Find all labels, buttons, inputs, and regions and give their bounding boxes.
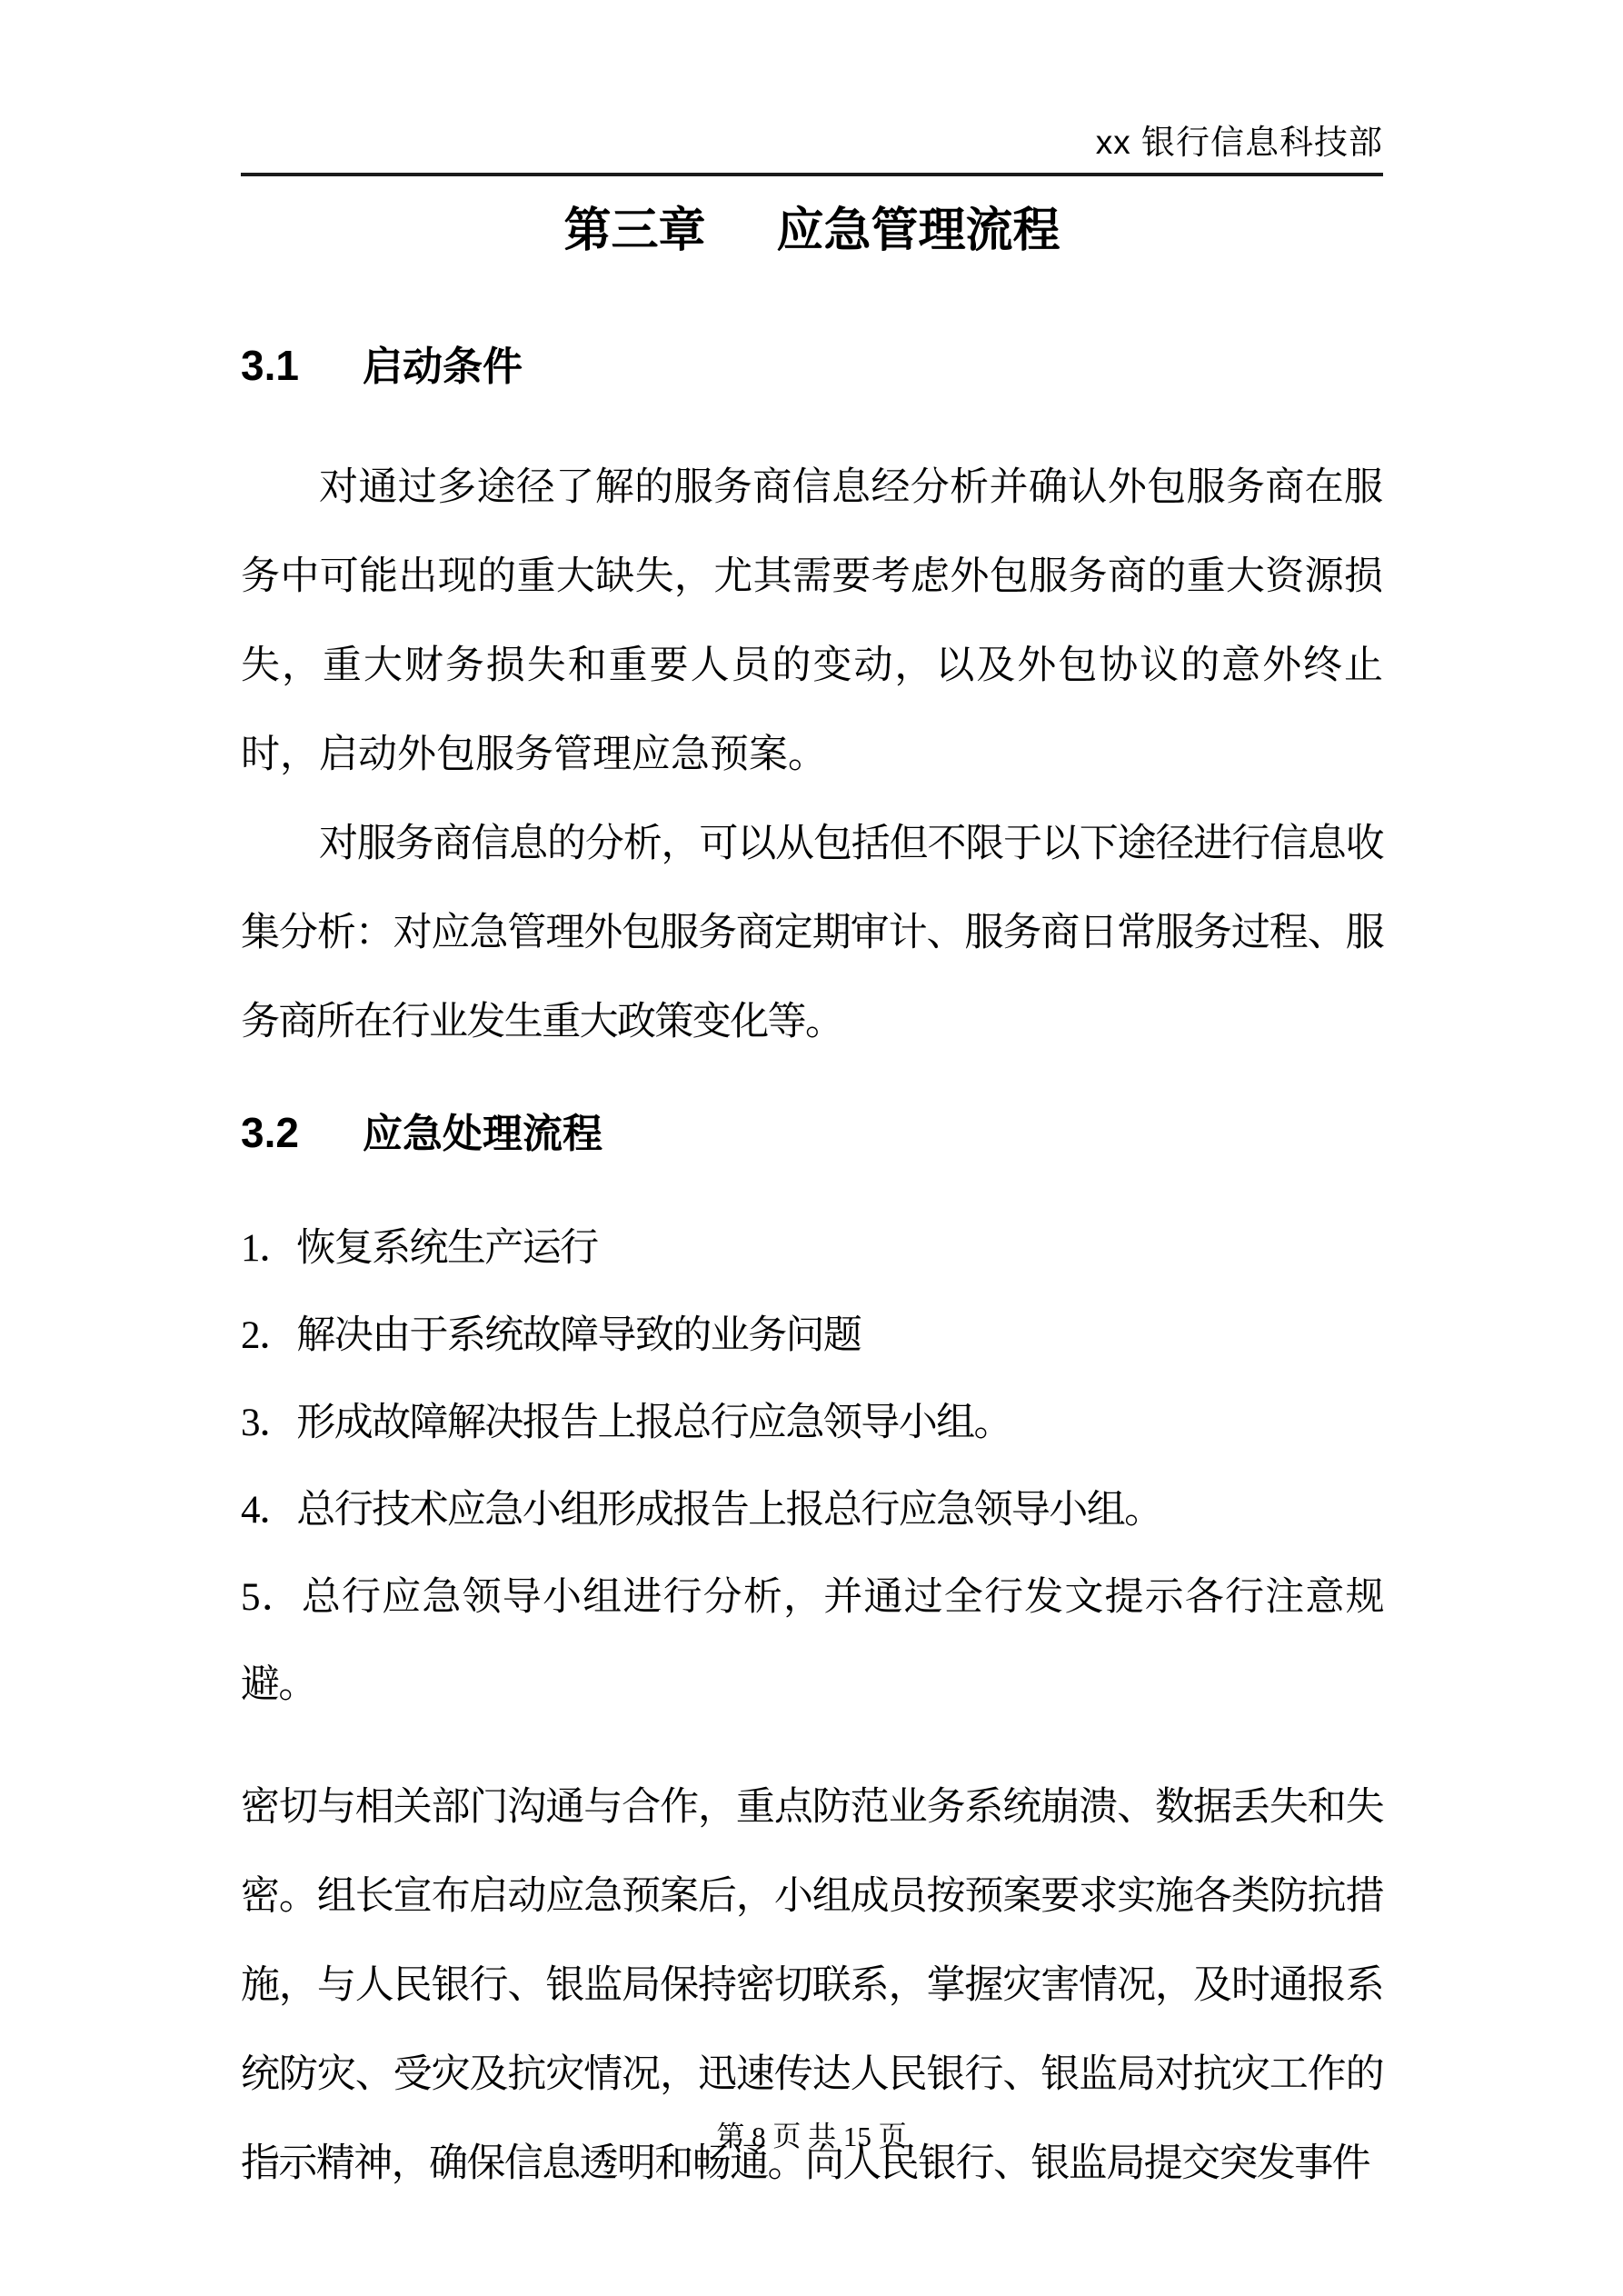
list-item-2: 2．解决由于系统故障导致的业务问题 xyxy=(241,1293,1383,1380)
paragraph-2: 对服务商信息的分析，可以从包括但不限于以下途径进行信息收集分析：对应急管理外包服… xyxy=(241,800,1383,1067)
header-department-label: xx 银行信息科技部 xyxy=(1096,124,1383,161)
paragraph-1: 对通过多途径了解的服务商信息经分析并确认外包服务商在服务中可能出现的重大缺失，尤… xyxy=(241,444,1383,800)
document-page: xx 银行信息科技部 第三章应急管理流程 3.1启动条件 对通过多途径了解的服务… xyxy=(0,0,1623,2296)
emergency-steps-list: 1．恢复系统生产运行 2．解决由于系统故障导致的业务问题 3．形成故障解决报告上… xyxy=(241,1205,1383,1729)
section-heading-3-2: 3.2应急处理流程 xyxy=(241,1107,1383,1169)
list-item-5: 5．总行应急领导小组进行分析，并通过全行发文提示各行注意规避。 xyxy=(241,1554,1383,1729)
section-heading-3-1: 3.1启动条件 xyxy=(241,340,1383,402)
list-item-1: 1．恢复系统生产运行 xyxy=(241,1205,1383,1293)
chapter-title: 第三章应急管理流程 xyxy=(241,204,1383,259)
section-number: 3.2 xyxy=(241,1109,299,1156)
section-heading-text: 应急处理流程 xyxy=(363,1112,602,1156)
page-header: xx 银行信息科技部 xyxy=(241,0,1383,176)
chapter-name: 应急管理流程 xyxy=(777,205,1060,257)
page-number-label: 第 8 页 共 15 页 xyxy=(716,2121,906,2152)
section-number: 3.1 xyxy=(241,342,299,389)
page-footer: 第 8 页 共 15 页 xyxy=(0,2120,1623,2153)
chapter-number: 第三章 xyxy=(563,205,705,257)
section-heading-text: 启动条件 xyxy=(363,344,523,389)
list-item-3: 3．形成故障解决报告上报总行应急领导小组。 xyxy=(241,1380,1383,1467)
list-item-4: 4．总行技术应急小组形成报告上报总行应急领导小组。 xyxy=(241,1467,1383,1554)
content-column: xx 银行信息科技部 第三章应急管理流程 3.1启动条件 对通过多途径了解的服务… xyxy=(0,0,1623,2209)
